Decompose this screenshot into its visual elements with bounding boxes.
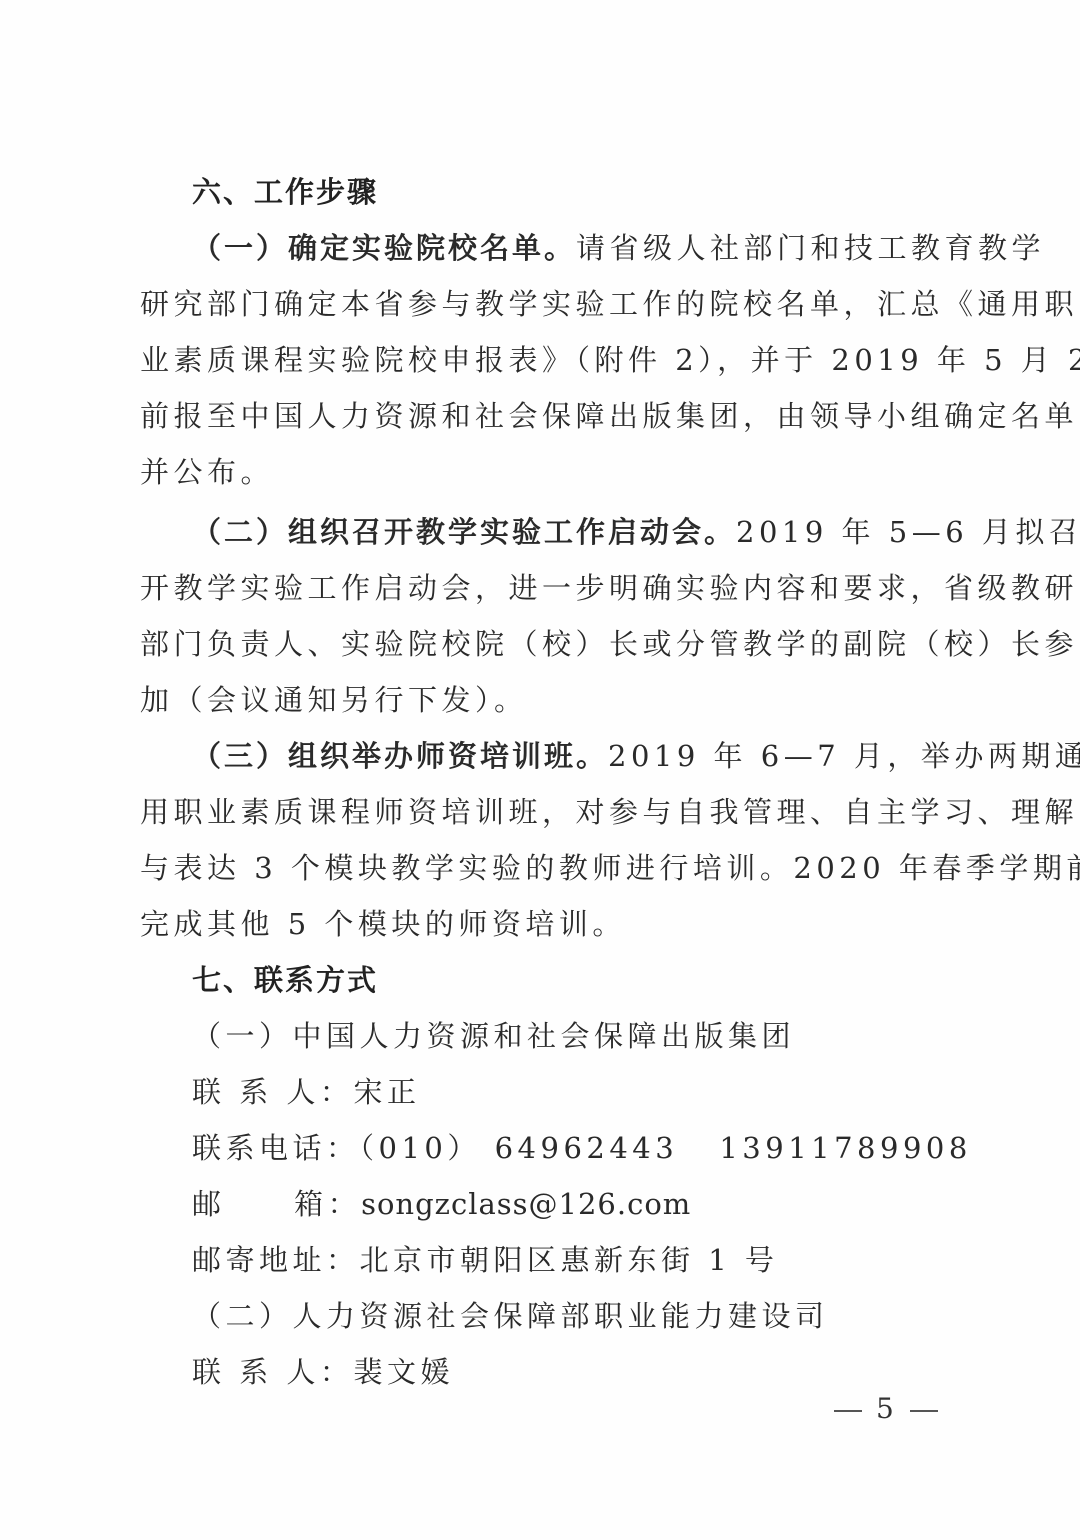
step3-text: 2019 年 6—7 月，举办两期通 xyxy=(608,739,1080,773)
paragraph-line: 研究部门确定本省参与教学实验工作的院校名单，汇总《通用职 xyxy=(140,284,966,324)
org1-title: （一）中国人力资源和社会保障出版集团 xyxy=(192,1016,1018,1056)
org1-email-row: 邮 箱：songzclass@126.com xyxy=(192,1184,1018,1224)
paragraph-line: 并公布。 xyxy=(140,452,966,492)
step2-text: 2019 年 5—6 月拟召 xyxy=(736,515,1080,549)
address-label: 邮寄地址： xyxy=(192,1243,360,1277)
paragraph-line: 开教学实验工作启动会，进一步明确实验内容和要求，省级教研 xyxy=(140,568,966,608)
page-number: 5 xyxy=(820,1392,952,1425)
paragraph-line: 与表达 3 个模块教学实验的教师进行培训。2020 年春季学期前 xyxy=(140,848,966,888)
email-link[interactable]: songzclass@126.com xyxy=(361,1187,691,1221)
org2-title: （二）人力资源社会保障部职业能力建设司 xyxy=(192,1296,1018,1336)
paragraph-line: 完成其他 5 个模块的师资培训。 xyxy=(140,904,966,944)
paragraph-line: 部门负责人、实验院校院（校）长或分管教学的副院（校）长参 xyxy=(140,624,966,664)
step3-lead: （三）组织举办师资培训班。 xyxy=(192,739,608,773)
org1-address-row: 邮寄地址：北京市朝阳区惠新东街 1 号 xyxy=(192,1240,1018,1280)
paragraph-line: 业素质课程实验院校申报表》（附件 2），并于 2019 年 5 月 20 日 xyxy=(140,340,966,380)
contact-value: 裴文媛 xyxy=(353,1355,454,1389)
paragraph-step2-line1: （二）组织召开教学实验工作启动会。2019 年 5—6 月拟召 xyxy=(192,512,966,552)
section-heading-work-steps: 六、工作步骤 xyxy=(192,172,1018,212)
org1-contact-row: 联 系 人：宋正 xyxy=(192,1072,1018,1112)
paragraph-line: 加（会议通知另行下发）。 xyxy=(140,680,966,720)
section-heading-contact: 七、联系方式 xyxy=(192,960,1018,1000)
page-number-value: 5 xyxy=(876,1392,896,1425)
paragraph-line: 前报至中国人力资源和社会保障出版集团，由领导小组确定名单 xyxy=(140,396,966,436)
dash-right xyxy=(910,1410,938,1412)
step1-lead: （一）确定实验院校名单。 xyxy=(192,231,576,265)
paragraph-step3-line1: （三）组织举办师资培训班。2019 年 6—7 月，举办两期通 xyxy=(192,736,966,776)
phone-label: 联系电话： xyxy=(192,1131,360,1165)
address-value: 北京市朝阳区惠新东街 1 号 xyxy=(360,1243,779,1277)
step1-text: 请省级人社部门和技工教育教学 xyxy=(576,231,1045,265)
email-label: 邮 箱： xyxy=(192,1187,361,1221)
paragraph-step1-line1: （一）确定实验院校名单。请省级人社部门和技工教育教学 xyxy=(192,228,966,268)
contact-label: 联 系 人： xyxy=(192,1355,353,1389)
phone-value: （010） 64962443 13911789908 xyxy=(360,1131,972,1165)
contact-value: 宋正 xyxy=(353,1075,420,1109)
org2-contact-row: 联 系 人：裴文媛 xyxy=(192,1352,1018,1392)
org1-phone-row: 联系电话：（010） 64962443 13911789908 xyxy=(192,1128,1018,1168)
step2-lead: （二）组织召开教学实验工作启动会。 xyxy=(192,515,736,549)
contact-label: 联 系 人： xyxy=(192,1075,353,1109)
document-page: 六、工作步骤 （一）确定实验院校名单。请省级人社部门和技工教育教学 研究部门确定… xyxy=(0,0,1080,1540)
dash-left xyxy=(834,1410,862,1412)
paragraph-line: 用职业素质课程师资培训班，对参与自我管理、自主学习、理解 xyxy=(140,792,966,832)
